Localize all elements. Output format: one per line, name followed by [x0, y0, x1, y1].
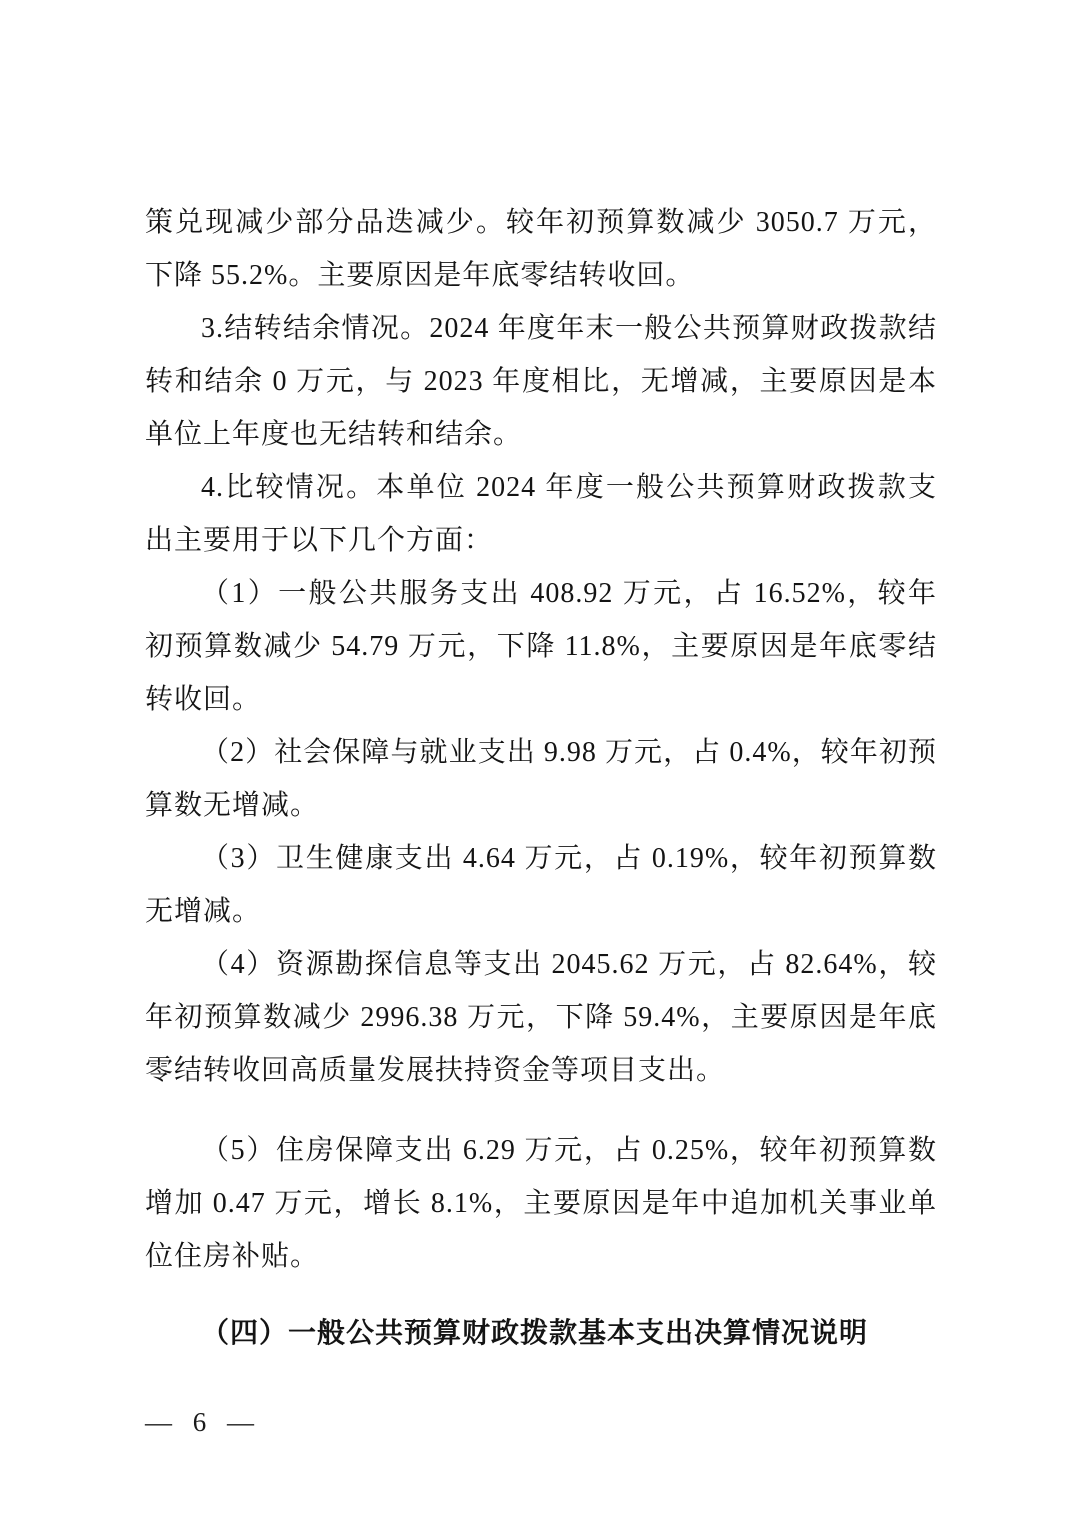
para-item-2-social-security-employment: （2）社会保障与就业支出 9.98 万元，占 0.4%，较年初预算数无增减。: [145, 726, 937, 832]
para-item-1-general-public-services: （1）一般公共服务支出 408.92 万元，占 16.52%，较年初预算数减少 …: [145, 567, 937, 726]
document-body: 策兑现减少部分品迭减少。较年初预算数减少 3050.7 万元，下降 55.2%。…: [145, 196, 937, 1360]
para-carryover-balance: 3.结转结余情况。2024 年度年末一般公共预算财政拨款结转和结余 0 万元，与…: [145, 302, 937, 461]
para-item-3-health: （3）卫生健康支出 4.64 万元，占 0.19%，较年初预算数无增减。: [145, 832, 937, 938]
page-footer: — 6 —: [145, 1406, 256, 1438]
para-item-4-resource-exploration: （4）资源勘探信息等支出 2045.62 万元，占 82.64%，较年初预算数减…: [145, 938, 937, 1097]
section-heading-basic-expenditure: （四）一般公共预算财政拨款基本支出决算情况说明: [145, 1307, 937, 1360]
para-item-5-housing-security: （5）住房保障支出 6.29 万元，占 0.25%，较年初预算数增加 0.47 …: [145, 1124, 937, 1283]
document-page: 策兑现减少部分品迭减少。较年初预算数减少 3050.7 万元，下降 55.2%。…: [0, 0, 1075, 1520]
page-number: — 6 —: [145, 1407, 256, 1437]
para-comparison-intro: 4.比较情况。本单位 2024 年度一般公共预算财政拨款支出主要用于以下几个方面…: [145, 461, 937, 567]
para-continuation-budget-decrease: 策兑现减少部分品迭减少。较年初预算数减少 3050.7 万元，下降 55.2%。…: [145, 196, 937, 302]
